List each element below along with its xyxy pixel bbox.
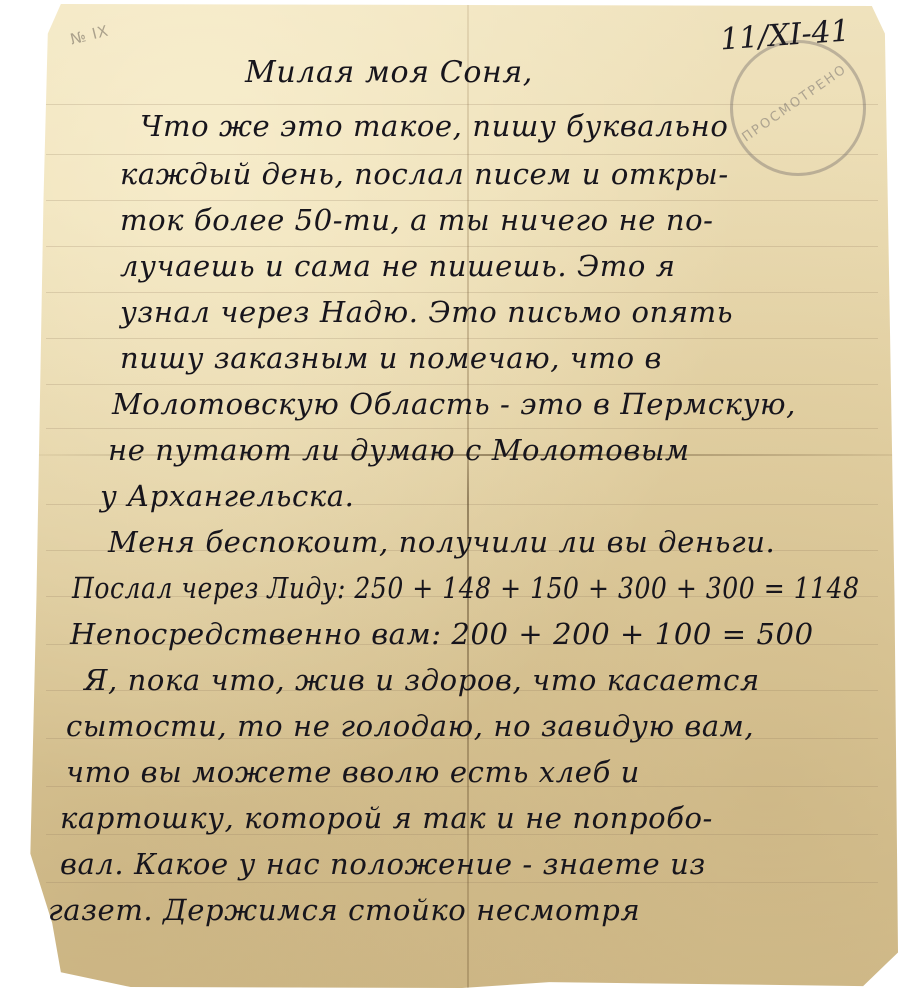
letter-line-10: Меня беспокоит, получили ли вы деньги. <box>108 528 775 557</box>
letter-line-13: Я, пока что, жив и здоров, что касается <box>84 666 760 695</box>
letter-line-5: узнал через Надю. Это письмо опять <box>120 298 733 327</box>
ruled-line <box>46 338 878 339</box>
ruled-line <box>46 246 878 247</box>
letter-line-16: картошку, которой я так и не попробо- <box>60 804 713 833</box>
ruled-line <box>46 384 878 385</box>
letter-line-8: не путают ли думаю с Молотовым <box>108 436 690 465</box>
letter-line-2: каждый день, послал писем и откры- <box>120 160 729 189</box>
letter-line-6: пишу заказным и помечаю, что в <box>120 344 662 373</box>
censor-stamp-text: ПРОСМОТРЕНО <box>737 60 852 147</box>
letter-line-4: лучаешь и сама не пишешь. Это я <box>120 252 676 281</box>
ruled-line <box>46 428 878 429</box>
ruled-line <box>46 200 878 201</box>
letter-line-15: что вы можете вволю есть хлеб и <box>66 758 640 787</box>
ruled-line <box>46 292 878 293</box>
letter-line-1: Что же это такое, пишу буквально <box>140 112 728 141</box>
salutation: Милая моя Соня, <box>245 58 533 88</box>
letter-line-18: газет. Держимся стойко несмотря <box>48 896 640 925</box>
letter-line-17: вал. Какое у нас положение - знаете из <box>60 850 706 879</box>
letter-line-3: ток более 50-ти, а ты ничего не по- <box>120 206 714 235</box>
vertical-fold <box>467 4 469 992</box>
letter-line-12: Непосредственно вам: 200 + 200 + 100 = 5… <box>70 620 814 649</box>
ruled-line <box>46 882 878 883</box>
letter-line-9: у Архангельска. <box>100 482 354 511</box>
letter-line-11: Послал через Лиду: 250 + 148 + 150 + 300… <box>72 574 860 603</box>
letter-line-14: сытости, то не голодаю, но завидую вам, <box>66 712 754 741</box>
letter-line-7: Молотовскую Область - это в Пермскую, <box>112 390 796 419</box>
